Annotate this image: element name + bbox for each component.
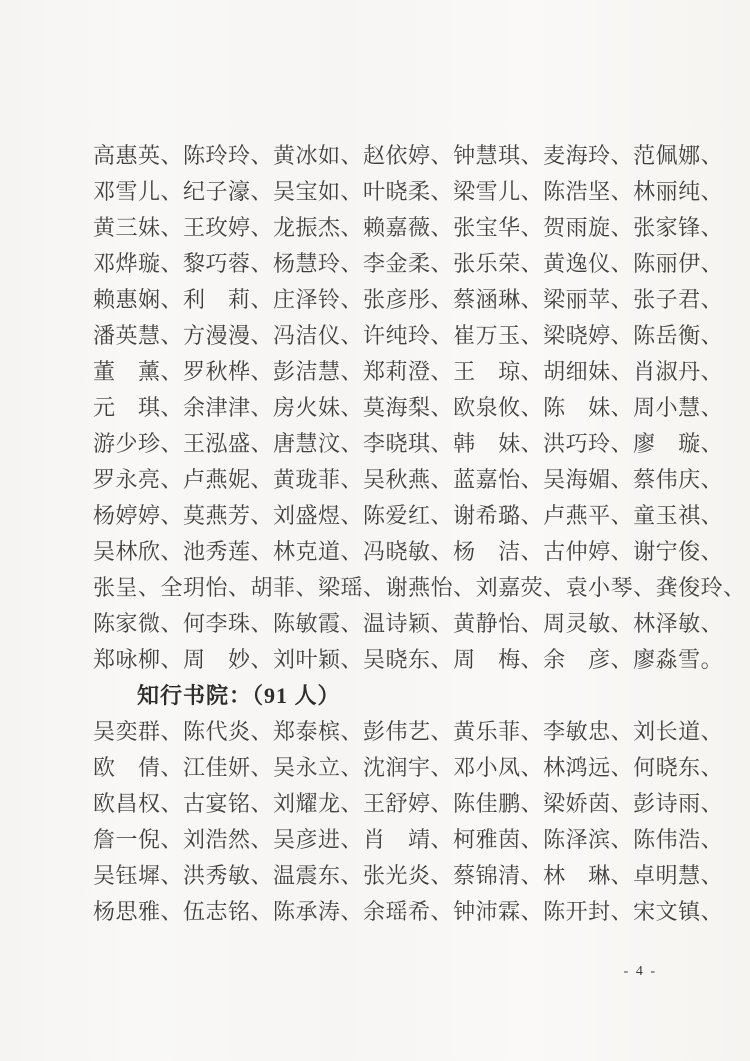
person-name: 余瑶希、	[363, 894, 453, 930]
person-name: 赖惠娴、	[93, 282, 183, 318]
person-name: 梁瑶、	[318, 570, 386, 606]
person-name: 崔万玉、	[453, 318, 543, 354]
person-name: 谢燕怡、	[386, 570, 476, 606]
person-name: 陈丽伊、	[633, 246, 723, 282]
person-name: 陈爱红、	[363, 498, 453, 534]
person-name: 古仲婷、	[543, 534, 633, 570]
person-name: 江佳妍、	[183, 750, 273, 786]
person-name: 何晓东、	[633, 750, 723, 786]
person-name: 洪巧玲、	[543, 426, 633, 462]
person-name: 钟沛霖、	[453, 894, 543, 930]
person-name: 谢希璐、	[453, 498, 543, 534]
person-name: 张家锋、	[633, 210, 723, 246]
person-name: 吴秋燕、	[363, 462, 453, 498]
person-name: 欧 倩、	[93, 750, 183, 786]
person-name: 李晓琪、	[363, 426, 453, 462]
person-name: 刘叶颖、	[273, 642, 363, 678]
person-name: 林克道、	[273, 534, 363, 570]
person-name: 吴钰墀、	[93, 858, 183, 894]
person-name: 叶晓柔、	[363, 174, 453, 210]
name-line: 欧昌权、古宴铭、刘耀龙、王舒婷、陈佳鹏、梁娇茵、彭诗雨、	[93, 786, 660, 822]
person-name: 袁小琴、	[566, 570, 656, 606]
person-name: 蔡涵琳、	[453, 282, 543, 318]
person-name: 贺雨旋、	[543, 210, 633, 246]
person-name: 欧泉攸、	[453, 390, 543, 426]
person-name: 林丽纯、	[633, 174, 723, 210]
person-name: 陈玲玲、	[183, 138, 273, 174]
person-name: 范佩娜、	[633, 138, 723, 174]
name-line: 杨婷婷、莫燕芳、刘盛煜、陈爱红、谢希璐、卢燕平、童玉祺、	[93, 498, 660, 534]
person-name: 陈伟浩、	[633, 822, 723, 858]
person-name: 周 妙、	[183, 642, 273, 678]
person-name: 李敏忠、	[543, 714, 633, 750]
person-name: 林泽敏、	[633, 606, 723, 642]
person-name: 庄泽铃、	[273, 282, 363, 318]
person-name: 张子君、	[633, 282, 723, 318]
name-line: 吴奕群、陈代炎、郑泰槟、彭伟艺、黄乐菲、李敏忠、刘长道、	[93, 714, 660, 750]
person-name: 张乐荣、	[453, 246, 543, 282]
name-line: 赖惠娴、利 莉、庄泽铃、张彦彤、蔡涵琳、梁丽苹、张子君、	[93, 282, 660, 318]
person-name: 杨慧玲、	[273, 246, 363, 282]
person-name: 陈浩坚、	[543, 174, 633, 210]
person-name: 温诗颖、	[363, 606, 453, 642]
person-name: 邓烨璇、	[93, 246, 183, 282]
person-name: 张光炎、	[363, 858, 453, 894]
person-name: 莫燕芳、	[183, 498, 273, 534]
person-name: 吴海媚、	[543, 462, 633, 498]
person-name: 王 琼、	[453, 354, 543, 390]
page-number: - 4 -	[624, 964, 657, 980]
person-name: 余津津、	[183, 390, 273, 426]
name-line: 罗永亮、卢燕妮、黄珑菲、吴秋燕、蓝嘉怡、吴海媚、蔡伟庆、	[93, 462, 660, 498]
person-name: 蔡伟庆、	[633, 462, 723, 498]
person-name: 蓝嘉怡、	[453, 462, 543, 498]
person-name: 郑咏柳、	[93, 642, 183, 678]
person-name: 梁晓婷、	[543, 318, 633, 354]
person-name: 杨婷婷、	[93, 498, 183, 534]
person-name: 黄珑菲、	[273, 462, 363, 498]
person-name: 卓明慧、	[633, 858, 723, 894]
person-name: 梁娇茵、	[543, 786, 633, 822]
person-name: 古宴铭、	[183, 786, 273, 822]
person-name: 蔡锦清、	[453, 858, 543, 894]
person-name: 赖嘉薇、	[363, 210, 453, 246]
person-name: 游少珍、	[93, 426, 183, 462]
person-name: 郑泰槟、	[273, 714, 363, 750]
person-name: 韩 妹、	[453, 426, 543, 462]
person-name: 高惠英、	[93, 138, 183, 174]
person-name: 陈岳衡、	[633, 318, 723, 354]
name-line: 高惠英、陈玲玲、黄冰如、赵依婷、钟慧琪、麦海玲、范佩娜、	[93, 138, 660, 174]
person-name: 陈 妹、	[543, 390, 633, 426]
person-name: 欧昌权、	[93, 786, 183, 822]
name-line: 郑咏柳、周 妙、刘叶颖、吴晓东、周 梅、余 彦、廖淼雪。	[93, 642, 660, 678]
person-name: 罗秋桦、	[183, 354, 273, 390]
person-name: 房火妹、	[273, 390, 363, 426]
person-name: 邓小凤、	[453, 750, 543, 786]
person-name: 潘英慧、	[93, 318, 183, 354]
document-content: 高惠英、陈玲玲、黄冰如、赵依婷、钟慧琪、麦海玲、范佩娜、邓雪儿、纪子濠、吴宝如、…	[93, 138, 660, 930]
person-name: 罗永亮、	[93, 462, 183, 498]
person-name: 林 琳、	[543, 858, 633, 894]
person-name: 黄逸仪、	[543, 246, 633, 282]
person-name: 谢宁俊、	[633, 534, 723, 570]
name-line: 吴林欣、池秀莲、林克道、冯晓敏、杨 洁、古仲婷、谢宁俊、	[93, 534, 660, 570]
document-page: 高惠英、陈玲玲、黄冰如、赵依婷、钟慧琪、麦海玲、范佩娜、邓雪儿、纪子濠、吴宝如、…	[0, 0, 750, 1061]
person-name: 董 薰、	[93, 354, 183, 390]
names-block-continuation: 高惠英、陈玲玲、黄冰如、赵依婷、钟慧琪、麦海玲、范佩娜、邓雪儿、纪子濠、吴宝如、…	[93, 138, 660, 678]
person-name: 王玫婷、	[183, 210, 273, 246]
names-block-zhixing-academy: 吴奕群、陈代炎、郑泰槟、彭伟艺、黄乐菲、李敏忠、刘长道、欧 倩、江佳妍、吴永立、…	[93, 714, 660, 930]
person-name: 胡细妹、	[543, 354, 633, 390]
person-name: 洪秀敏、	[183, 858, 273, 894]
name-line: 潘英慧、方漫漫、冯洁仪、许纯玲、崔万玉、梁晓婷、陈岳衡、	[93, 318, 660, 354]
name-line: 游少珍、王泓盛、唐慧汶、李晓琪、韩 妹、洪巧玲、廖 璇、	[93, 426, 660, 462]
person-name: 方漫漫、	[183, 318, 273, 354]
name-line: 邓雪儿、纪子濠、吴宝如、叶晓柔、梁雪儿、陈浩坚、林丽纯、	[93, 174, 660, 210]
person-name: 龚俊玲、	[656, 570, 746, 606]
person-name: 吴宝如、	[273, 174, 363, 210]
person-name: 全玥怡、	[161, 570, 251, 606]
person-name: 莫海梨、	[363, 390, 453, 426]
person-name: 陈敏霞、	[273, 606, 363, 642]
person-name: 王舒婷、	[363, 786, 453, 822]
person-name: 彭诗雨、	[633, 786, 723, 822]
person-name: 张彦彤、	[363, 282, 453, 318]
person-name: 黎巧蓉、	[183, 246, 273, 282]
person-name: 周灵敏、	[543, 606, 633, 642]
person-name: 刘嘉荧、	[476, 570, 566, 606]
person-name: 吴林欣、	[93, 534, 183, 570]
person-name: 温震东、	[273, 858, 363, 894]
person-name: 黄乐菲、	[453, 714, 543, 750]
person-name: 许纯玲、	[363, 318, 453, 354]
person-name: 周 梅、	[453, 642, 543, 678]
person-name: 龙振杰、	[273, 210, 363, 246]
person-name: 陈代炎、	[183, 714, 273, 750]
person-name: 梁丽苹、	[543, 282, 633, 318]
person-name: 卢燕平、	[543, 498, 633, 534]
person-name: 池秀莲、	[183, 534, 273, 570]
person-name: 林鸿远、	[543, 750, 633, 786]
person-name: 梁雪儿、	[453, 174, 543, 210]
person-name: 卢燕妮、	[183, 462, 273, 498]
person-name: 冯洁仪、	[273, 318, 363, 354]
name-line: 元 琪、余津津、房火妹、莫海梨、欧泉攸、陈 妹、周小慧、	[93, 390, 660, 426]
person-name: 刘盛煜、	[273, 498, 363, 534]
name-line: 欧 倩、江佳妍、吴永立、沈润宇、邓小凤、林鸿远、何晓东、	[93, 750, 660, 786]
person-name: 陈家微、	[93, 606, 183, 642]
person-name: 邓雪儿、	[93, 174, 183, 210]
person-name: 张呈、	[93, 570, 161, 606]
person-name: 王泓盛、	[183, 426, 273, 462]
person-name: 吴彦进、	[273, 822, 363, 858]
person-name: 余 彦、	[543, 642, 633, 678]
person-name: 李金柔、	[363, 246, 453, 282]
person-name: 彭洁慧、	[273, 354, 363, 390]
person-name: 吴晓东、	[363, 642, 453, 678]
person-name: 伍志铭、	[183, 894, 273, 930]
person-name: 宋文镇、	[633, 894, 723, 930]
person-name: 赵依婷、	[363, 138, 453, 174]
person-name: 纪子濠、	[183, 174, 273, 210]
name-line: 黄三妹、王玫婷、龙振杰、赖嘉薇、张宝华、贺雨旋、张家锋、	[93, 210, 660, 246]
name-line: 邓烨璇、黎巧蓉、杨慧玲、李金柔、张乐荣、黄逸仪、陈丽伊、	[93, 246, 660, 282]
person-name: 吴永立、	[273, 750, 363, 786]
name-line: 吴钰墀、洪秀敏、温震东、张光炎、蔡锦清、林 琳、卓明慧、	[93, 858, 660, 894]
person-name: 柯雅茵、	[453, 822, 543, 858]
person-name: 童玉祺、	[633, 498, 723, 534]
person-name: 陈承涛、	[273, 894, 363, 930]
person-name: 刘耀龙、	[273, 786, 363, 822]
section-heading-zhixing-academy: 知行书院：（91 人）	[93, 678, 660, 714]
person-name: 刘长道、	[633, 714, 723, 750]
person-name: 麦海玲、	[543, 138, 633, 174]
name-line: 詹一倪、刘浩然、吴彦进、肖 靖、柯雅茵、陈泽滨、陈伟浩、	[93, 822, 660, 858]
person-name: 肖淑丹、	[633, 354, 723, 390]
person-name: 杨思雅、	[93, 894, 183, 930]
person-name: 廖 璇、	[633, 426, 723, 462]
name-line: 张呈、全玥怡、胡菲、梁瑶、谢燕怡、刘嘉荧、袁小琴、龚俊玲、	[93, 570, 660, 606]
person-name: 陈泽滨、	[543, 822, 633, 858]
person-name: 黄静怡、	[453, 606, 543, 642]
person-name: 杨 洁、	[453, 534, 543, 570]
person-name: 陈开封、	[543, 894, 633, 930]
person-name: 黄三妹、	[93, 210, 183, 246]
person-name: 冯晓敏、	[363, 534, 453, 570]
name-line: 董 薰、罗秋桦、彭洁慧、郑莉澄、王 琼、胡细妹、肖淑丹、	[93, 354, 660, 390]
name-line: 陈家微、何李珠、陈敏霞、温诗颖、黄静怡、周灵敏、林泽敏、	[93, 606, 660, 642]
person-name: 周小慧、	[633, 390, 723, 426]
person-name: 詹一倪、	[93, 822, 183, 858]
person-name: 胡菲、	[251, 570, 319, 606]
person-name: 刘浩然、	[183, 822, 273, 858]
person-name: 郑莉澄、	[363, 354, 453, 390]
person-name: 廖淼雪。	[633, 642, 723, 678]
person-name: 沈润宇、	[363, 750, 453, 786]
person-name: 彭伟艺、	[363, 714, 453, 750]
person-name: 吴奕群、	[93, 714, 183, 750]
person-name: 元 琪、	[93, 390, 183, 426]
person-name: 张宝华、	[453, 210, 543, 246]
person-name: 何李珠、	[183, 606, 273, 642]
person-name: 黄冰如、	[273, 138, 363, 174]
person-name: 唐慧汶、	[273, 426, 363, 462]
name-line: 杨思雅、伍志铭、陈承涛、余瑶希、钟沛霖、陈开封、宋文镇、	[93, 894, 660, 930]
person-name: 陈佳鹏、	[453, 786, 543, 822]
person-name: 肖 靖、	[363, 822, 453, 858]
person-name: 钟慧琪、	[453, 138, 543, 174]
person-name: 利 莉、	[183, 282, 273, 318]
